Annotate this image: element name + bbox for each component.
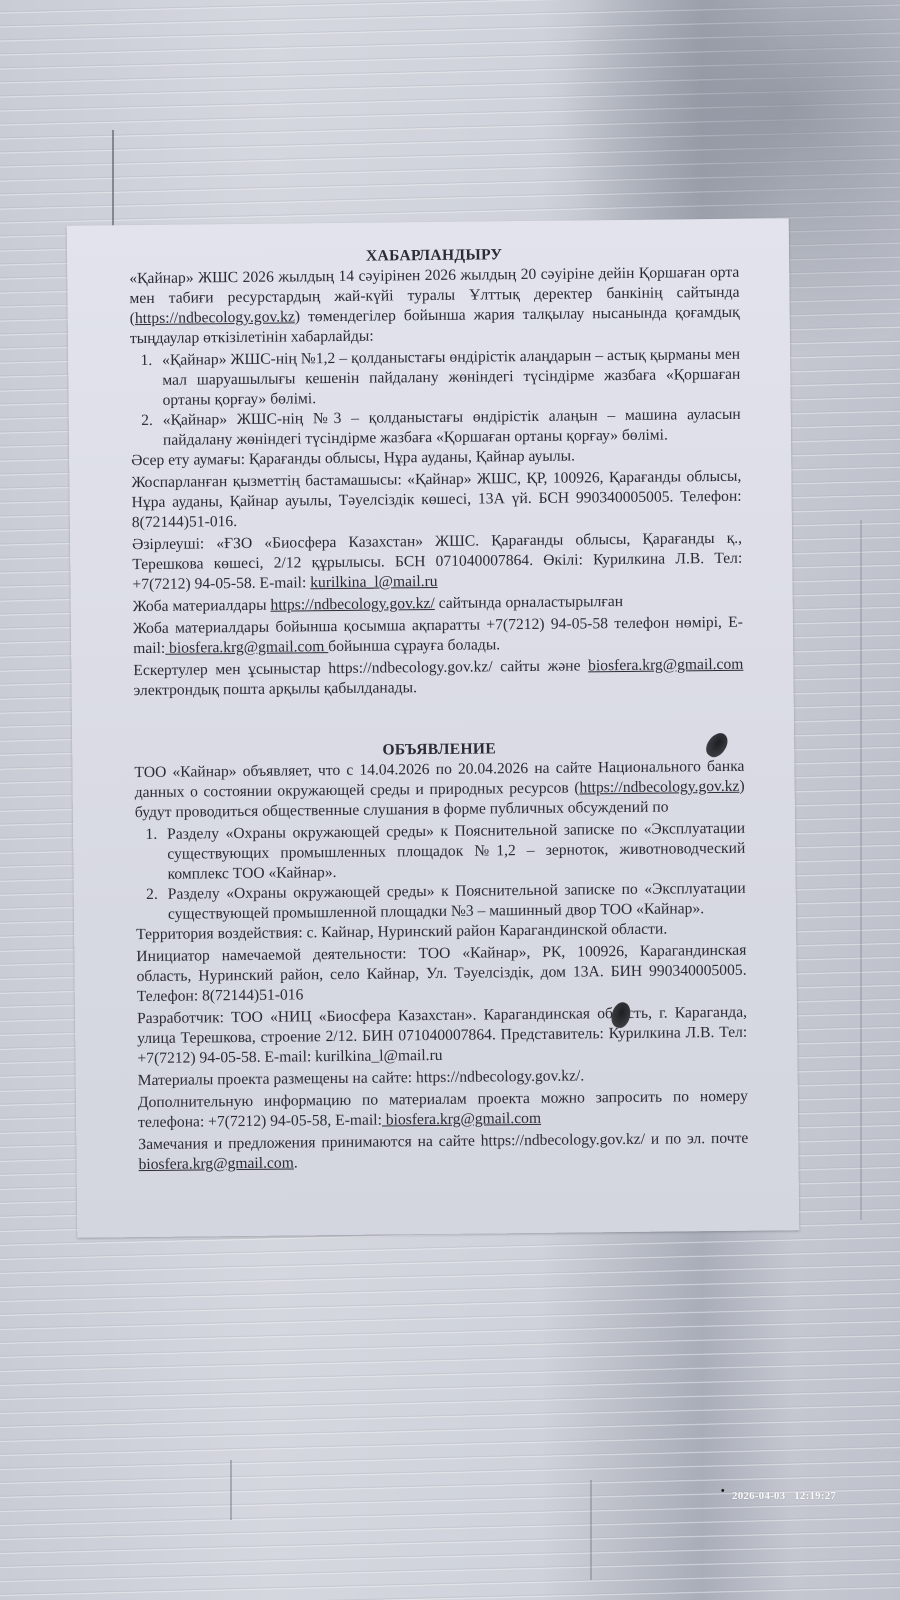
notice-content: ХАБАРЛАНДЫРУ «Қайнар» ЖШС 2026 жылдың 14…: [129, 243, 749, 1177]
kazakh-intro: «Қайнар» ЖШС 2026 жылдың 14 сәуірінен 20…: [129, 263, 740, 349]
russian-remarks: Замечания и предложения принимаются на с…: [138, 1129, 748, 1175]
email-link[interactable]: biosfera.krg@gmail.com: [382, 1110, 541, 1129]
russian-items-list: Разделу «Охраны окружающей среды» к Пояс…: [135, 819, 746, 925]
kazakh-items-list: «Қайнар» ЖШС-нің №1,2 – қолданыстағы өнд…: [130, 345, 741, 451]
wall-seam: [590, 1480, 592, 1580]
list-item: «Қайнар» ЖШС-нің №1,2 – қолданыстағы өнд…: [156, 345, 741, 411]
timestamp-date: 2026-04-03: [732, 1490, 785, 1502]
russian-extra-info: Дополнительную информацию по материалам …: [138, 1087, 748, 1133]
list-item: Разделу «Охраны окружающей среды» к Пояс…: [162, 879, 746, 925]
ndbecology-link[interactable]: https://ndbecology.gov.kz: [135, 308, 295, 327]
russian-developer: Разработчик: ТОО «НИЦ «Биосфера Казахста…: [137, 1003, 748, 1069]
email-link[interactable]: kurilkina_l@mail.ru: [310, 573, 438, 591]
remarks-text: Ескертулер мен ұсыныстар https://ndbecol…: [133, 657, 588, 679]
wall-seam: [860, 520, 862, 1220]
kazakh-initiator: Жоспарланған қызметтің бастамашысы: «Қай…: [131, 467, 742, 533]
russian-intro: ТОО «Кайнар» объявляет, что с 14.04.2026…: [134, 757, 745, 823]
ndbecology-link[interactable]: https://ndbecology.gov.kz: [579, 778, 739, 797]
list-item: Разделу «Охраны окружающей среды» к Пояс…: [161, 819, 746, 885]
materials-text: Жоба материалдары: [133, 597, 271, 615]
remarks-text: электрондық пошта арқылы қабылданады.: [134, 679, 418, 699]
timestamp-time: 12:19:27: [794, 1490, 836, 1502]
russian-initiator: Инициатор намечаемой деятельности: ТОО «…: [136, 941, 747, 1007]
extra-info-text: бойынша сұрауға болады.: [328, 636, 500, 655]
wall-seam: [230, 1460, 232, 1520]
remarks-text: .: [294, 1154, 298, 1171]
kazakh-remarks: Ескертулер мен ұсыныстар https://ndbecol…: [133, 655, 743, 701]
timestamp-dot-icon: •: [721, 1486, 725, 1497]
remarks-text: Замечания и предложения принимаются на с…: [138, 1130, 748, 1153]
kazakh-developer: Әзірлеуші: «ҒЗО «Биосфера Казахстан» ЖШС…: [132, 529, 743, 595]
notice-sheet: ХАБАРЛАНДЫРУ «Қайнар» ЖШС 2026 жылдың 14…: [67, 218, 800, 1238]
photo-timestamp: • 2026-04-03 12:19:27: [732, 1490, 836, 1502]
ndbecology-link[interactable]: https://ndbecology.gov.kz/: [270, 595, 434, 614]
email-link[interactable]: biosfera.krg@gmail.com: [588, 656, 743, 675]
section-spacer: [134, 697, 744, 743]
email-link[interactable]: biosfera.krg@gmail.com: [138, 1154, 293, 1173]
list-item: «Қайнар» ЖШС-нің №3 – қолданыстағы өндір…: [157, 405, 741, 451]
wall-seam: [112, 130, 114, 230]
email-link[interactable]: biosfera.krg@gmail.com: [165, 638, 328, 657]
materials-text: сайтында орналастырылған: [435, 593, 623, 612]
kazakh-extra-info: Жоба материалдары бойынша қосымша ақпара…: [133, 613, 743, 659]
